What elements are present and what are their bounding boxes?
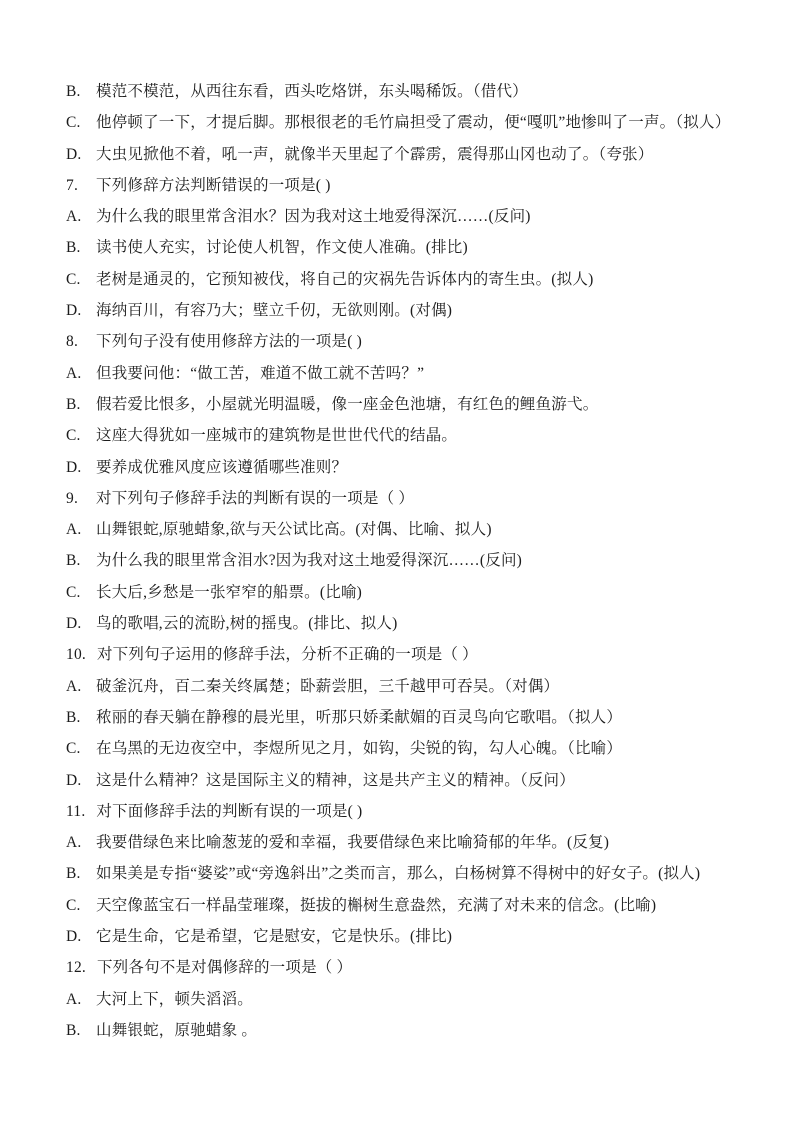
question-line: 7.下列修辞方法判断错误的一项是( ) xyxy=(66,170,757,201)
option-letter: B. xyxy=(66,858,85,889)
line-text: 他停顿了一下，才提后脚。那根很老的毛竹扁担受了震动，便“嘎叽”地惨叫了一声。（拟… xyxy=(96,114,730,131)
document-body: B.模范不模范，从西往东看，西头吃烙饼，东头喝稀饭。（借代）C.他停顿了一下，才… xyxy=(66,76,757,1046)
line-text: 但我要问他：“做工苦，难道不做工就不苦吗？” xyxy=(96,365,424,382)
line-text: 对下列句子运用的修辞手法，分析不正确的一项是（ ） xyxy=(97,646,478,663)
option-line: C.这座大得犹如一座城市的建筑物是世世代代的结晶。 xyxy=(66,420,757,451)
option-line: B.如果美是专指“婆娑”或“旁逸斜出”之类而言，那么，白杨树算不得树中的好女子。… xyxy=(66,858,757,889)
line-text: 天空像蓝宝石一样晶莹璀璨，挺拔的槲树生意盎然，充满了对未来的信念。(比喻) xyxy=(96,897,656,914)
option-line: C.老树是通灵的，它预知被伐，将自己的灾祸先告诉体内的寄生虫。(拟人) xyxy=(66,264,757,295)
option-letter: C. xyxy=(66,420,85,451)
option-line: D.要养成优雅风度应该遵循哪些准则？ xyxy=(66,452,757,483)
question-line: 10.对下列句子运用的修辞手法，分析不正确的一项是（ ） xyxy=(66,639,757,670)
line-text: 大虫见掀他不着，吼一声，就像半天里起了个霹雳，震得那山冈也动了。（夸张） xyxy=(96,146,653,163)
line-text: 大河上下，顿失滔滔。 xyxy=(96,991,253,1008)
option-letter: A. xyxy=(66,201,85,232)
option-letter: C. xyxy=(66,107,85,138)
option-line: A.山舞银蛇,原驰蜡象,欲与天公试比高。(对偶、比喻、拟人) xyxy=(66,514,757,545)
question-line: 12.下列各句不是对偶修辞的一项是（ ） xyxy=(66,952,757,983)
option-line: B.模范不模范，从西往东看，西头吃烙饼，东头喝稀饭。（借代） xyxy=(66,76,757,107)
option-line: C.天空像蓝宝石一样晶莹璀璨，挺拔的槲树生意盎然，充满了对未来的信念。(比喻) xyxy=(66,890,757,921)
option-line: B.为什么我的眼里常含泪水?因为我对这土地爱得深沉……(反问) xyxy=(66,545,757,576)
line-text: 下列各句不是对偶修辞的一项是（ ） xyxy=(97,959,352,976)
question-number: 11. xyxy=(66,796,85,827)
line-text: 秾丽的春天躺在静穆的晨光里，听那只娇柔献媚的百灵鸟向它歌唱。（拟人） xyxy=(96,709,622,726)
question-number: 9. xyxy=(66,483,85,514)
option-letter: B. xyxy=(66,232,85,263)
option-letter: C. xyxy=(66,733,85,764)
option-letter: C. xyxy=(66,577,85,608)
option-letter: B. xyxy=(66,1015,85,1046)
option-line: A.大河上下，顿失滔滔。 xyxy=(66,984,757,1015)
line-text: 它是生命，它是希望，它是慰安，它是快乐。(排比) xyxy=(96,928,452,945)
option-letter: B. xyxy=(66,545,85,576)
document-page: B.模范不模范，从西往东看，西头吃烙饼，东头喝稀饭。（借代）C.他停顿了一下，才… xyxy=(0,0,793,1122)
option-line: D.海纳百川，有容乃大；壁立千仞，无欲则刚。(对偶) xyxy=(66,295,757,326)
option-line: D.它是生命，它是希望，它是慰安，它是快乐。(排比) xyxy=(66,921,757,952)
option-line: B.山舞银蛇，原驰蜡象 。 xyxy=(66,1015,757,1046)
option-line: B.读书使人充实，讨论使人机智，作文使人准确。(排比) xyxy=(66,232,757,263)
line-text: 假若爱比恨多，小屋就光明温暖，像一座金色池塘，有红色的鲤鱼游弋。 xyxy=(96,396,598,413)
line-text: 在乌黑的无边夜空中，李煜所见之月，如钩，尖锐的钩，勾人心魄。（比喻） xyxy=(96,740,622,757)
option-letter: D. xyxy=(66,452,85,483)
question-number: 8. xyxy=(66,326,85,357)
option-letter: A. xyxy=(66,984,85,1015)
option-line: A.为什么我的眼里常含泪水？因为我对这土地爱得深沉……(反问) xyxy=(66,201,757,232)
option-line: D.大虫见掀他不着，吼一声，就像半天里起了个霹雳，震得那山冈也动了。（夸张） xyxy=(66,139,757,170)
line-text: 如果美是专指“婆娑”或“旁逸斜出”之类而言，那么，白杨树算不得树中的好女子。(拟… xyxy=(96,865,700,882)
line-text: 我要借绿色来比喻葱茏的爱和幸福，我要借绿色来比喻猗郁的年华。(反复) xyxy=(96,834,609,851)
line-text: 山舞银蛇,原驰蜡象,欲与天公试比高。(对偶、比喻、拟人) xyxy=(96,521,492,538)
line-text: 对下面修辞手法的判断有误的一项是( ) xyxy=(96,803,362,820)
option-letter: B. xyxy=(66,702,85,733)
option-line: C.长大后,乡愁是一张窄窄的船票。(比喻) xyxy=(66,577,757,608)
option-line: A.我要借绿色来比喻葱茏的爱和幸福，我要借绿色来比喻猗郁的年华。(反复) xyxy=(66,827,757,858)
line-text: 为什么我的眼里常含泪水？因为我对这土地爱得深沉……(反问) xyxy=(96,208,531,225)
question-number: 7. xyxy=(66,170,85,201)
option-letter: A. xyxy=(66,827,85,858)
question-number: 12. xyxy=(66,952,86,983)
option-letter: D. xyxy=(66,921,85,952)
option-letter: D. xyxy=(66,295,85,326)
option-line: D.这是什么精神？这是国际主义的精神，这是共产主义的精神。（反问） xyxy=(66,765,757,796)
line-text: 鸟的歌唱,云的流盼,树的摇曳。(排比、拟人) xyxy=(96,615,397,632)
option-letter: A. xyxy=(66,358,85,389)
line-text: 对下列句子修辞手法的判断有误的一项是（ ） xyxy=(96,490,414,507)
line-text: 模范不模范，从西往东看，西头吃烙饼，东头喝稀饭。（借代） xyxy=(96,83,528,100)
line-text: 这是什么精神？这是国际主义的精神，这是共产主义的精神。（反问） xyxy=(96,772,575,789)
line-text: 要养成优雅风度应该遵循哪些准则？ xyxy=(96,459,347,476)
option-line: B.假若爱比恨多，小屋就光明温暖，像一座金色池塘，有红色的鲤鱼游弋。 xyxy=(66,389,757,420)
option-letter: D. xyxy=(66,139,85,170)
option-letter: D. xyxy=(66,765,85,796)
option-letter: A. xyxy=(66,671,85,702)
line-text: 下列修辞方法判断错误的一项是( ) xyxy=(96,177,331,194)
option-line: A.但我要问他：“做工苦，难道不做工就不苦吗？” xyxy=(66,358,757,389)
option-line: C.他停顿了一下，才提后脚。那根很老的毛竹扁担受了震动，便“嘎叽”地惨叫了一声。… xyxy=(66,107,757,138)
question-line: 11.对下面修辞手法的判断有误的一项是( ) xyxy=(66,796,757,827)
option-letter: B. xyxy=(66,76,85,107)
option-letter: B. xyxy=(66,389,85,420)
option-letter: C. xyxy=(66,264,85,295)
option-line: D.鸟的歌唱,云的流盼,树的摇曳。(排比、拟人) xyxy=(66,608,757,639)
line-text: 山舞银蛇，原驰蜡象 。 xyxy=(96,1022,257,1039)
option-letter: D. xyxy=(66,608,85,639)
line-text: 读书使人充实，讨论使人机智，作文使人准确。(排比) xyxy=(96,239,468,256)
line-text: 老树是通灵的，它预知被伐，将自己的灾祸先告诉体内的寄生虫。(拟人) xyxy=(96,271,593,288)
question-line: 8.下列句子没有使用修辞方法的一项是( ) xyxy=(66,326,757,357)
option-line: C.在乌黑的无边夜空中，李煜所见之月，如钩，尖锐的钩，勾人心魄。（比喻） xyxy=(66,733,757,764)
line-text: 长大后,乡愁是一张窄窄的船票。(比喻) xyxy=(96,584,362,601)
line-text: 这座大得犹如一座城市的建筑物是世世代代的结晶。 xyxy=(96,427,457,444)
line-text: 下列句子没有使用修辞方法的一项是( ) xyxy=(96,333,362,350)
question-line: 9.对下列句子修辞手法的判断有误的一项是（ ） xyxy=(66,483,757,514)
option-line: B.秾丽的春天躺在静穆的晨光里，听那只娇柔献媚的百灵鸟向它歌唱。（拟人） xyxy=(66,702,757,733)
option-letter: C. xyxy=(66,890,85,921)
line-text: 为什么我的眼里常含泪水?因为我对这土地爱得深沉……(反问) xyxy=(96,552,522,569)
option-letter: A. xyxy=(66,514,85,545)
line-text: 破釜沉舟，百二秦关终属楚；卧薪尝胆，三千越甲可吞吴。（对偶） xyxy=(96,678,559,695)
question-number: 10. xyxy=(66,639,86,670)
option-line: A.破釜沉舟，百二秦关终属楚；卧薪尝胆，三千越甲可吞吴。（对偶） xyxy=(66,671,757,702)
line-text: 海纳百川，有容乃大；壁立千仞，无欲则刚。(对偶) xyxy=(96,302,452,319)
